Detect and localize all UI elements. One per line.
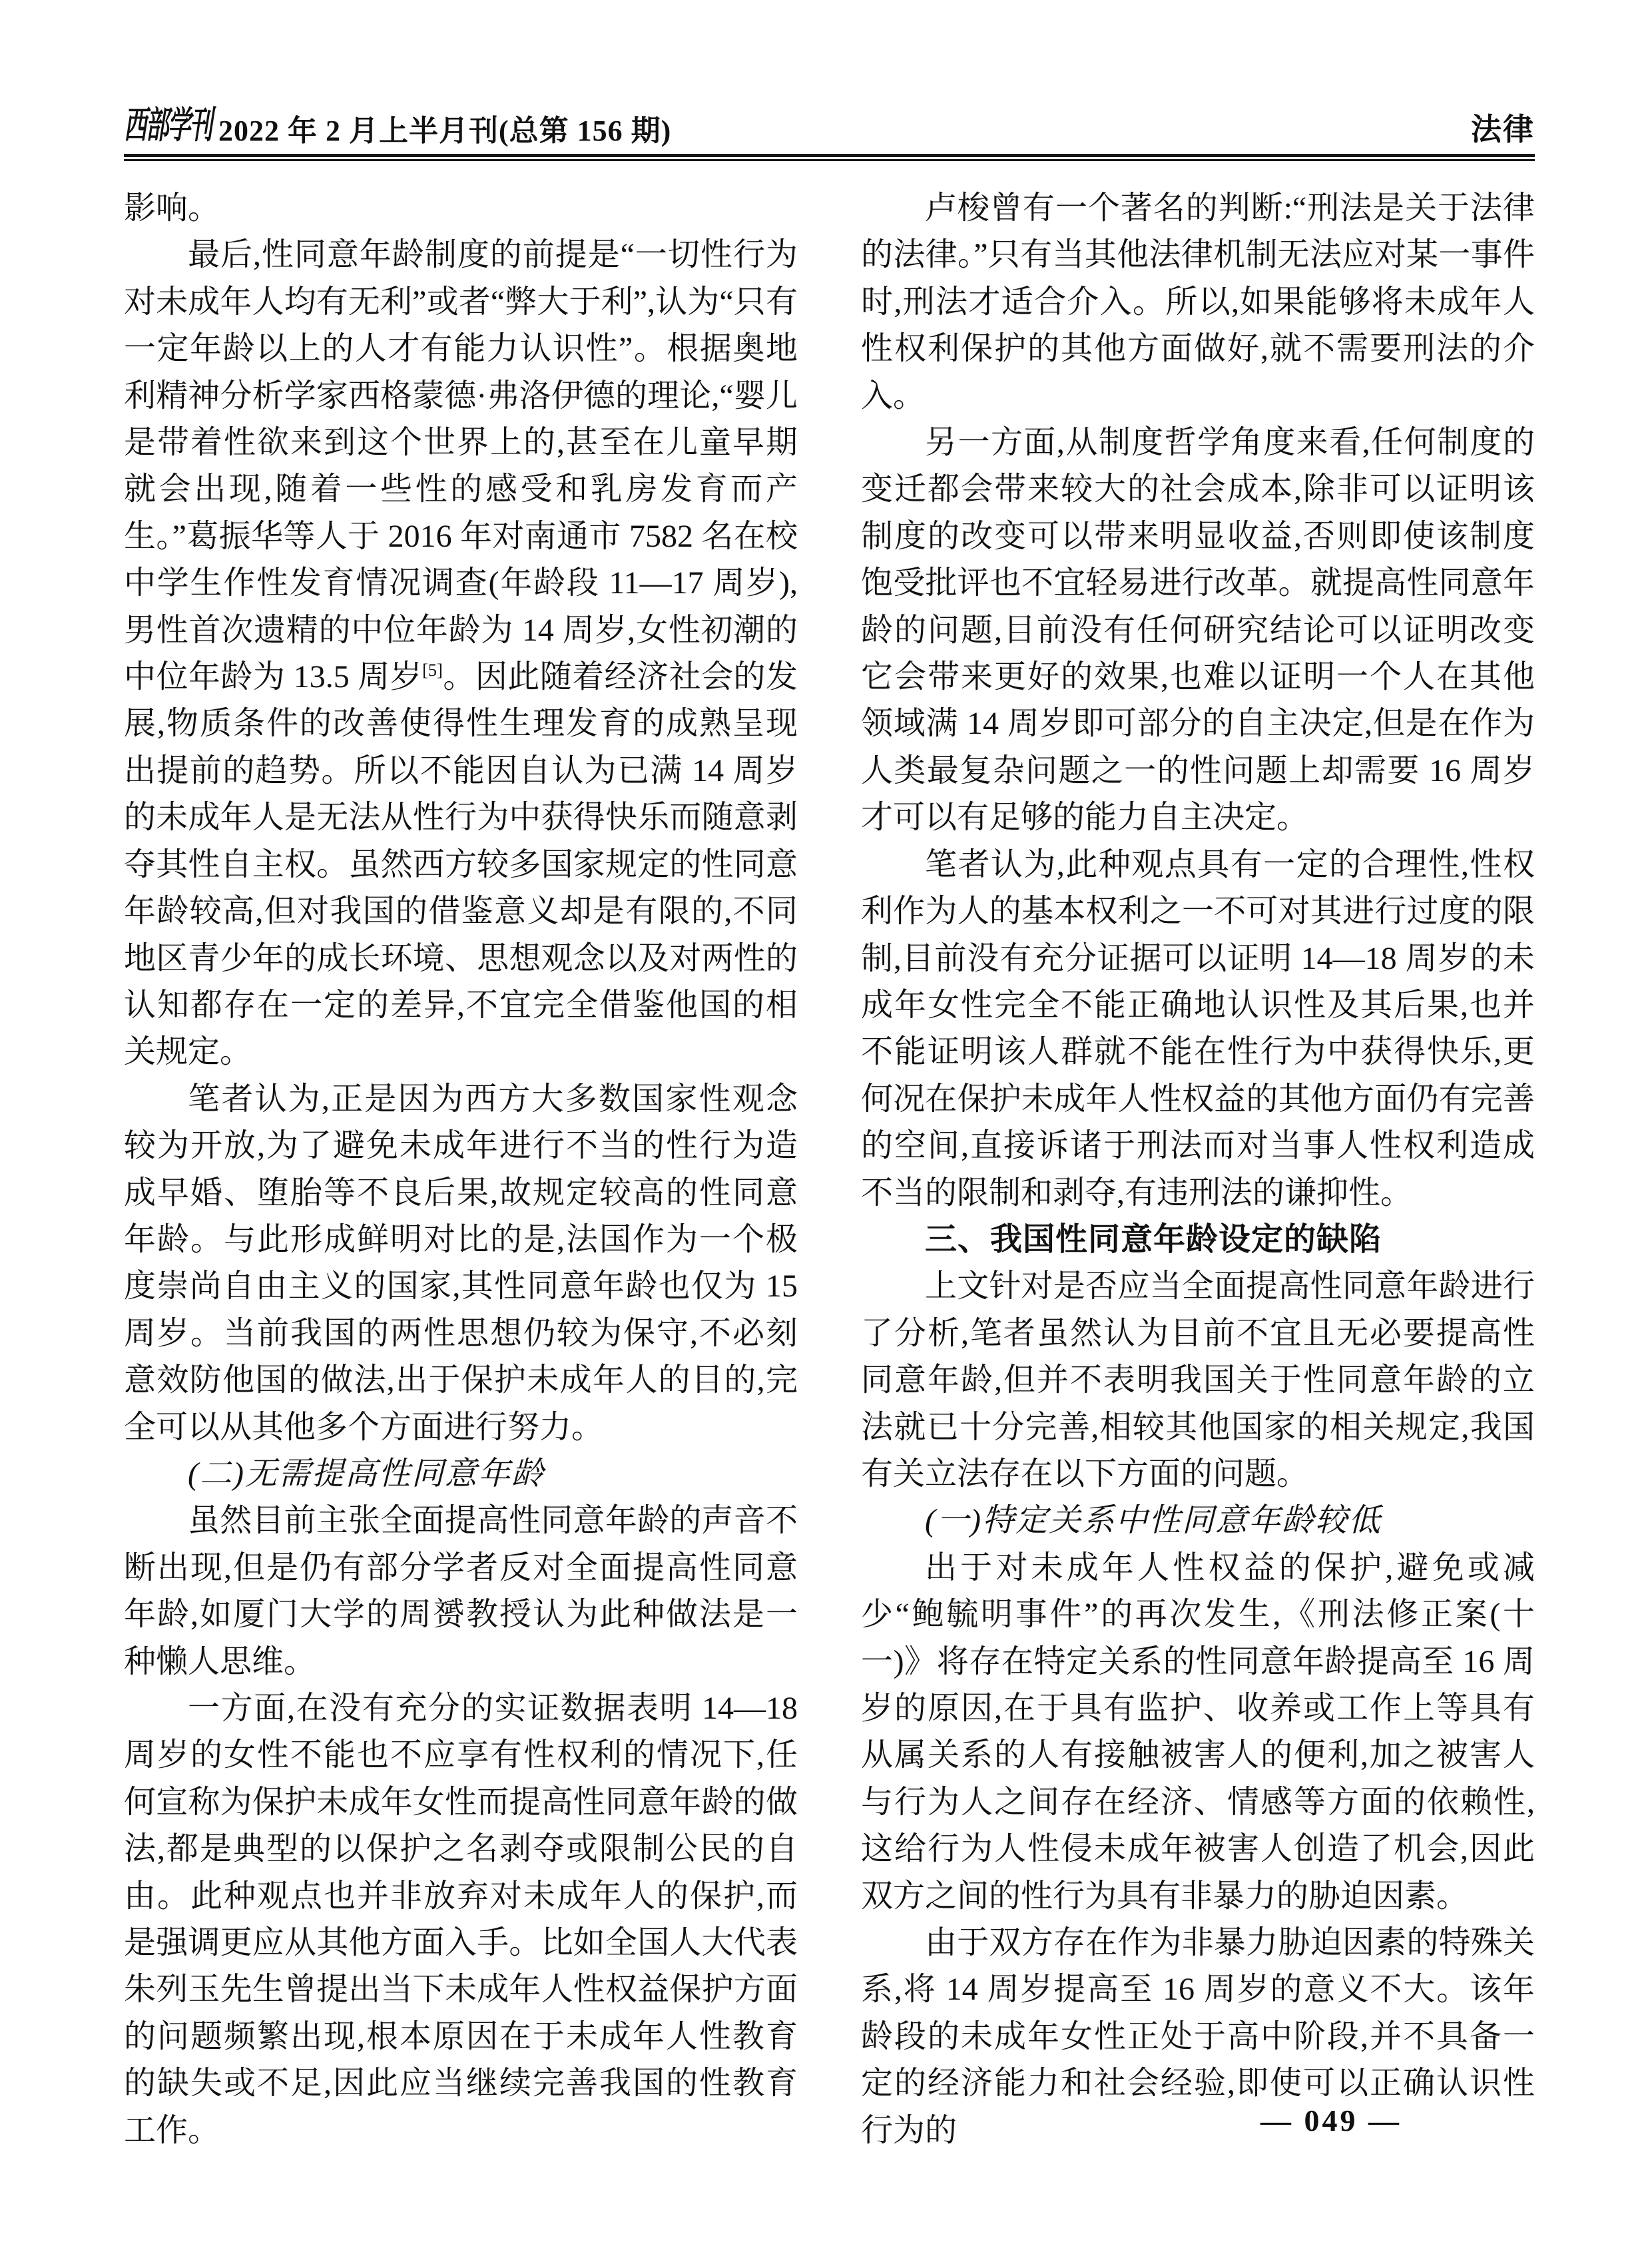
- header-left: 西部学刊 2022 年 2 月上半月刊(总第 156 期): [124, 96, 671, 149]
- paragraph: 虽然目前主张全面提高性同意年龄的声音不断出现,但是仍有部分学者反对全面提高性同意…: [124, 1498, 798, 1685]
- page-number: — 049 —: [1260, 2103, 1402, 2137]
- subsection-heading: (二)无需提高性同意年龄: [124, 1451, 798, 1498]
- page-footer: — 049 —: [1260, 2103, 1402, 2138]
- paragraph: 另一方面,从制度哲学角度来看,任何制度的变迁都会带来较大的社会成本,除非可以证明…: [861, 420, 1535, 842]
- paragraph: 笔者认为,正是因为西方大多数国家性观念较为开放,为了避免未成年进行不当的性行为造…: [124, 1076, 798, 1451]
- paragraph: 一方面,在没有充分的实证数据表明 14—18 周岁的女性不能也不应享有性权利的情…: [124, 1685, 798, 2154]
- issue-info: 2022 年 2 月上半月刊(总第 156 期): [218, 107, 671, 149]
- paragraph: 最后,性同意年龄制度的前提是“一切性行为对未成年人均有无利”或者“弊大于利”,认…: [124, 232, 798, 1075]
- paragraph: 出于对未成年人性权益的保护,避免或减少“鲍毓明事件”的再次发生,《刑法修正案(十…: [861, 1545, 1535, 1920]
- paragraph: 上文针对是否应当全面提高性同意年龄进行了分析,笔者虽然认为目前不宜且无必要提高性…: [861, 1263, 1535, 1498]
- paragraph: 卢梭曾有一个著名的判断:“刑法是关于法律的法律。”只有当其他法律机制无法应对某一…: [861, 185, 1535, 420]
- section-label: 法律: [1471, 105, 1535, 149]
- journal-logo: 西部学刊: [124, 96, 211, 149]
- paragraph: 笔者认为,此种观点具有一定的合理性,性权利作为人的基本权利之一不可对其进行过度的…: [861, 842, 1535, 1217]
- header-rule: [124, 154, 1535, 161]
- footnote-marker: [5]: [422, 660, 443, 680]
- left-column: 影响。最后,性同意年龄制度的前提是“一切性行为对未成年人均有无利”或者“弊大于利…: [124, 185, 798, 2154]
- subsection-heading: (一)特定关系中性同意年龄较低: [861, 1498, 1535, 1544]
- right-column: 卢梭曾有一个著名的判断:“刑法是关于法律的法律。”只有当其他法律机制无法应对某一…: [861, 185, 1535, 2154]
- section-heading: 三、我国性同意年龄设定的缺陷: [861, 1217, 1535, 1263]
- journal-page: 西部学刊 2022 年 2 月上半月刊(总第 156 期) 法律 影响。最后,性…: [0, 0, 1652, 2242]
- paragraph: 影响。: [124, 185, 798, 232]
- paragraph: 由于双方存在作为非暴力胁迫因素的特殊关系,将 14 周岁提高至 16 周岁的意义…: [861, 1920, 1535, 2154]
- page-header: 西部学刊 2022 年 2 月上半月刊(总第 156 期) 法律: [124, 104, 1535, 149]
